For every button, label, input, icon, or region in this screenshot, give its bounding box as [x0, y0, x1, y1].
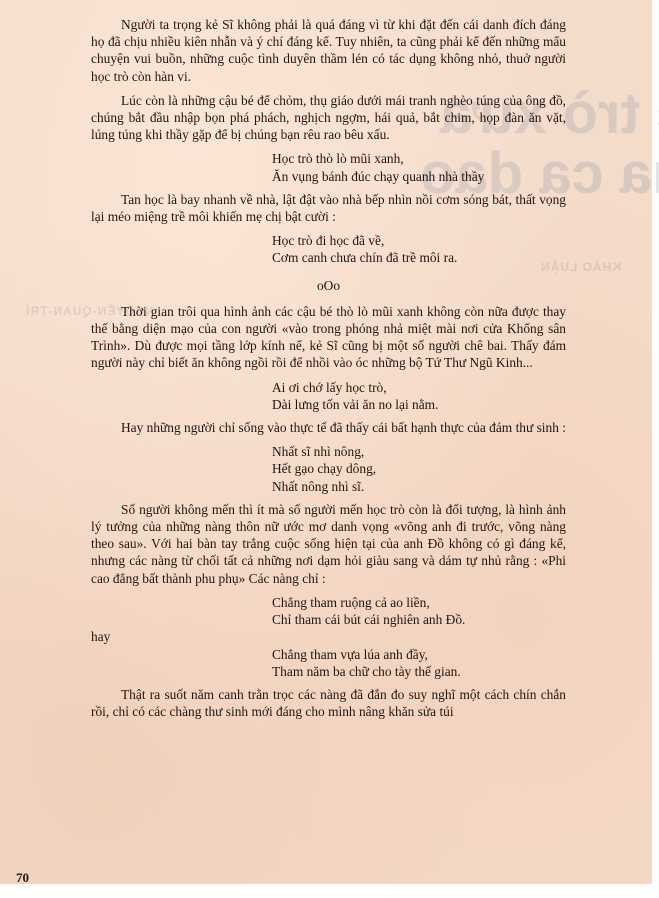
verse-line: Dài lưng tốn vải ăn no lại nằm.	[272, 396, 566, 413]
verse: Học trò thò lò mũi xanh, Ăn vụng bánh đú…	[91, 150, 566, 184]
verse-line: Học trò thò lò mũi xanh,	[272, 150, 566, 167]
verse-line: Chẳng tham vựa lúa anh đầy,	[272, 646, 566, 663]
paragraph: Thật ra suốt năm canh trằn trọc các nàng…	[91, 686, 566, 720]
verse-line: Hết gạo chạy dông,	[272, 460, 566, 477]
verse-line: Nhất sĩ nhì nông,	[272, 443, 566, 460]
verse-line: Ai ơi chớ lấy học trò,	[272, 379, 566, 396]
paragraph: Thời gian trôi qua hình ảnh các cậu bé t…	[91, 303, 566, 372]
section-separator: oOo	[91, 277, 566, 294]
verse-line: Tham năm ba chữ cho tày thế gian.	[272, 663, 566, 680]
verse: Nhất sĩ nhì nông, Hết gạo chạy dông, Nhấ…	[91, 443, 566, 495]
verse-line: Ăn vụng bánh đúc chạy quanh nhà thầy	[272, 168, 566, 185]
verse: Ai ơi chớ lấy học trò, Dài lưng tốn vải …	[91, 379, 566, 413]
paragraph: Lúc còn là những cậu bé để chỏm, thụ giá…	[91, 92, 566, 144]
paragraph: Người ta trọng kẻ Sĩ không phải là quá đ…	[91, 16, 566, 85]
verse-line: Chẳng tham ruộng cả ao liền,	[272, 594, 566, 611]
verse: Học trò đi học đã về, Cơm canh chưa chín…	[91, 232, 566, 266]
verse-line: Nhất nông nhì sĩ.	[272, 478, 566, 495]
connector-word: hay	[91, 628, 566, 645]
page-number: 70	[16, 870, 29, 886]
verse-line: Học trò đi học đã về,	[272, 232, 566, 249]
paragraph: Hay những người chỉ sống vào thực tế đã …	[91, 419, 566, 436]
verse: Chẳng tham vựa lúa anh đầy, Tham năm ba …	[91, 646, 566, 680]
verse-line: Chỉ tham cái bút cái nghiên anh Đồ.	[272, 611, 566, 628]
verse: Chẳng tham ruộng cả ao liền, Chỉ tham cá…	[91, 594, 566, 628]
article-body: Người ta trọng kẻ Sĩ không phải là quá đ…	[91, 16, 566, 727]
paragraph: Tan học là bay nhanh về nhà, lật đật vào…	[91, 191, 566, 225]
book-page: bọc trò xưa qua ca dao KHẢO LUẬN NGUYỄN-…	[0, 0, 652, 884]
paragraph: Số người không mến thì ít mà số người mế…	[91, 501, 566, 587]
verse-line: Cơm canh chưa chín đã trề môi ra.	[272, 249, 566, 266]
